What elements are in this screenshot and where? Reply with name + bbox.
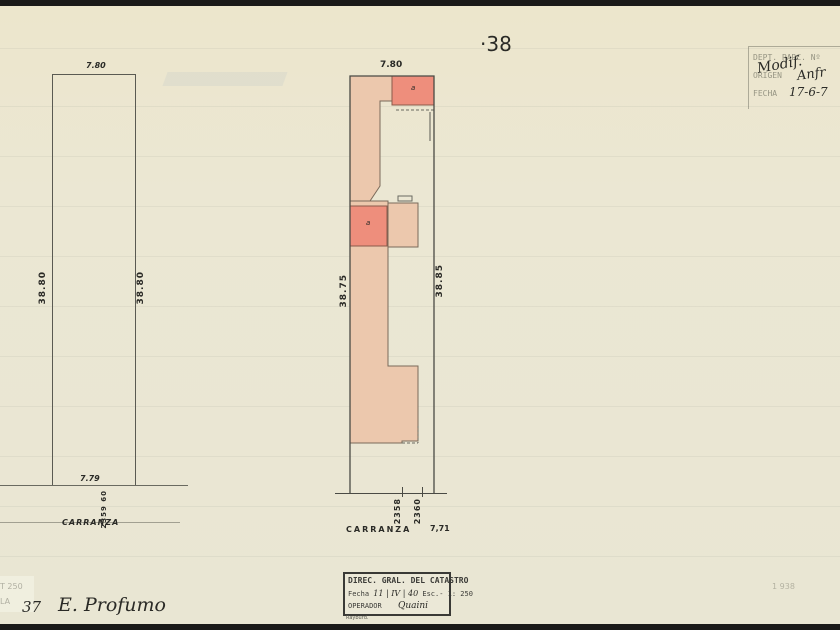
door-tick-1: [402, 487, 403, 497]
right-street-name: CARRANZA: [346, 525, 411, 534]
stamp-fecha-value: 11 | IV | 40: [373, 589, 418, 598]
right-door-number-1: 2358: [393, 498, 402, 524]
right-plot-right-depth: 38.85: [435, 264, 445, 297]
paper-stain: [162, 72, 287, 86]
left-plot-outline: [52, 74, 136, 485]
left-street-line: [0, 485, 188, 486]
stamp-line3-value: 17-6-7: [789, 85, 828, 99]
right-door-number-2: 2360: [413, 498, 422, 524]
left-plot-right-depth: 38.80: [136, 271, 146, 304]
signature: E. Profumo: [58, 594, 166, 616]
stamp-operador-value: Quaini: [398, 601, 428, 611]
zone-label-top: a: [411, 84, 415, 92]
stamp-fecha-row: Fecha 11 | IV | 40 Esc.- 1: 250: [348, 589, 473, 598]
left-plot-left-depth: 38.80: [38, 271, 48, 304]
stamp-title: DIREC. GRAL. DEL CATASTRO: [348, 576, 468, 585]
stamp-line3-label: FECHA: [753, 89, 777, 98]
cadastral-sheet: ·38 7.80 38.80 38.80 7.79 2359 60 CARRAN…: [0, 6, 840, 624]
left-plot-top-width: 7.80: [86, 61, 106, 70]
faint-tag-top: T 250: [0, 582, 34, 591]
origin-stamp: DEPT. PARC. Nº ORIGEN FECHA Modif. Anfr …: [748, 46, 840, 109]
stamp-line2-value: Anfr: [796, 65, 827, 84]
sheet-number: ·38: [480, 32, 512, 56]
stamp-fecha-label: Fecha: [348, 590, 369, 598]
faint-number-right: 1 938: [772, 582, 795, 591]
right-street-line: [335, 493, 447, 494]
stamp-footnote: Rayburd.: [346, 615, 368, 621]
stamp-escala: Esc.- 1: 250: [422, 590, 473, 598]
folio-number: 37: [22, 598, 41, 616]
stamp-operador-row: OPERADOR Quaini: [348, 601, 428, 611]
right-plot-left-depth: 38.75: [339, 274, 349, 307]
catastro-stamp: DIREC. GRAL. DEL CATASTRO Fecha 11 | IV …: [343, 572, 451, 616]
right-plot-front-width: 7,71: [430, 524, 450, 533]
door-tick-2: [422, 487, 423, 497]
right-plot-drawing: [340, 66, 450, 506]
left-plot-bottom-width: 7.79: [80, 474, 100, 483]
zone-label-mid: a: [366, 219, 370, 227]
stamp-operador-label: OPERADOR: [348, 602, 382, 610]
left-street-name: CARRANZA: [62, 518, 119, 527]
